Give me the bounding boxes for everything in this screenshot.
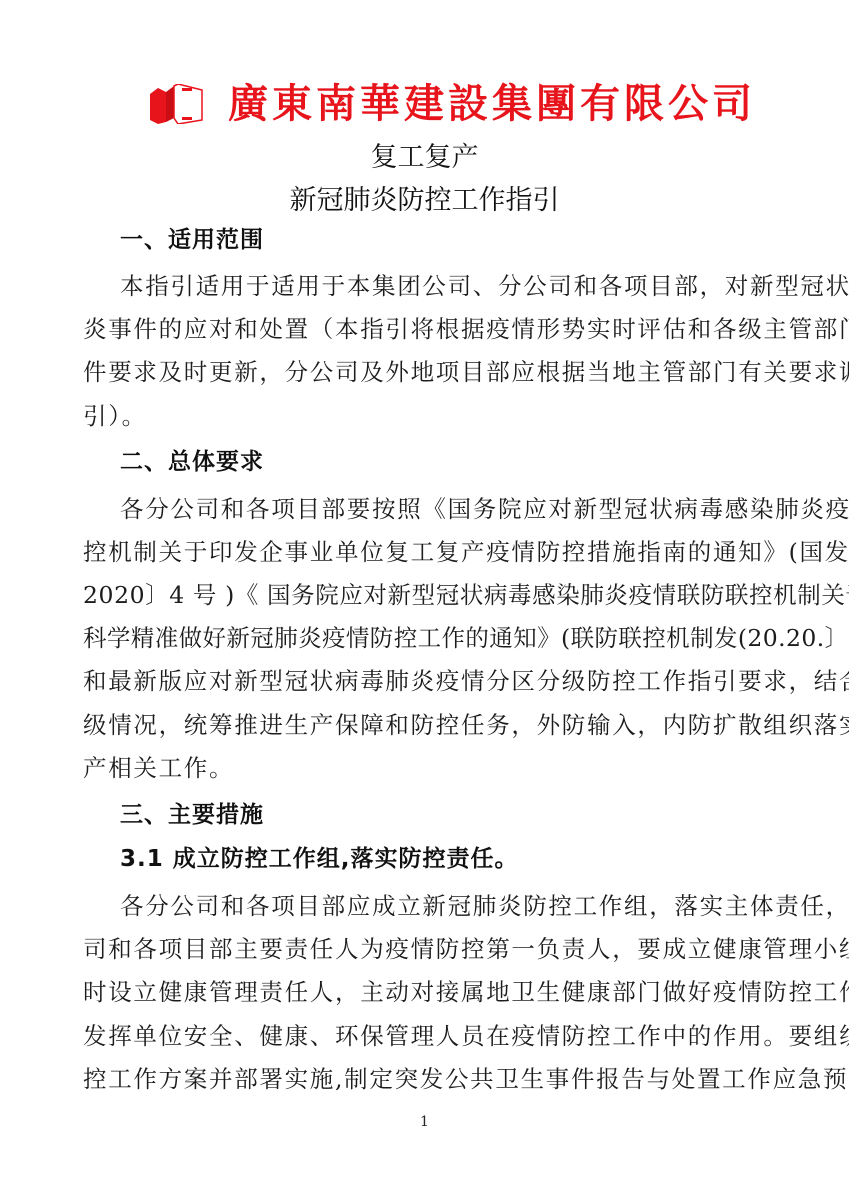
document-title-line1: 复工复产 (0, 135, 849, 174)
paragraph-line: 产相关工作。 (83, 753, 234, 783)
letterhead: 廣東南華建設集團有限公司 (140, 78, 730, 130)
paragraph-line: 控工作方案并部署实施,制定突发公共卫生事件报告与处置工作应急预案。 (83, 1064, 849, 1094)
paragraph-line: 和最新版应对新型冠状病毒肺炎疫情分区分级防控工作指引要求，结合本地分 (83, 666, 849, 696)
paragraph-line: 炎事件的应对和处置（本指引将根据疫情形势实时评估和各级主管部门相关文 (83, 314, 849, 344)
section-heading-general-requirements: 二、总体要求 (120, 447, 264, 477)
paragraph-line: 发挥单位安全、健康、环保管理人员在疫情防控工作中的作用。要组织制定防 (83, 1021, 849, 1051)
paragraph-line: 件要求及时更新，分公司及外地项目部应根据当地主管部门有关要求调整指 (83, 357, 849, 387)
paragraph-line: 科学精准做好新冠肺炎疫情防控工作的通知》(联防联控机制发(20.20.〕20.号… (83, 623, 849, 653)
company-logo-icon (148, 84, 204, 124)
paragraph-line: 各分公司和各项目部应成立新冠肺炎防控工作组，落实主体责任，各分公 (120, 891, 849, 921)
paragraph-line: 级情况，统筹推进生产保障和防控任务，外防输入，内防扩散组织落实复工复 (83, 710, 849, 740)
paragraph-line: 司和各项目部主要责任人为疫情防控第一负责人，要成立健康管理小组，并同 (83, 934, 849, 964)
page-number: 1 (0, 1114, 849, 1130)
paragraph-line: 各分公司和各项目部要按照《国务院应对新型冠状病毒感染肺炎疫情联联 (120, 494, 849, 524)
section-heading-main-measures: 三、主要措施 (120, 800, 264, 830)
company-name: 廣東南華建設集團有限公司 (228, 78, 756, 130)
paragraph-line: 2020〕4 号 )《 国务院应对新型冠状病毒感染肺炎疫情联防联控机制关于依法 (83, 580, 849, 610)
section-heading-scope: 一、适用范围 (120, 225, 264, 255)
paragraph-line: 引）。 (83, 401, 147, 431)
document-page: 廣東南華建設集團有限公司 复工复产 新冠肺炎防控工作指引 一、适用范围 本指引适… (0, 0, 849, 1200)
paragraph-line: 时设立健康管理责任人，主动对接属地卫生健康部门做好疫情防控工作，充分 (83, 977, 849, 1007)
paragraph-line: 本指引适用于适用于本集团公司、分公司和各项目部，对新型冠状病毒肺 (120, 271, 849, 301)
document-title-line2: 新冠肺炎防控工作指引 (0, 178, 849, 217)
paragraph-line: 控机制关于印发企事业单位复工复产疫情防控措施指南的通知》(国发明电 (83, 537, 849, 567)
subsection-heading-3-1: 3.1 成立防控工作组,落实防控责任。 (120, 844, 519, 874)
